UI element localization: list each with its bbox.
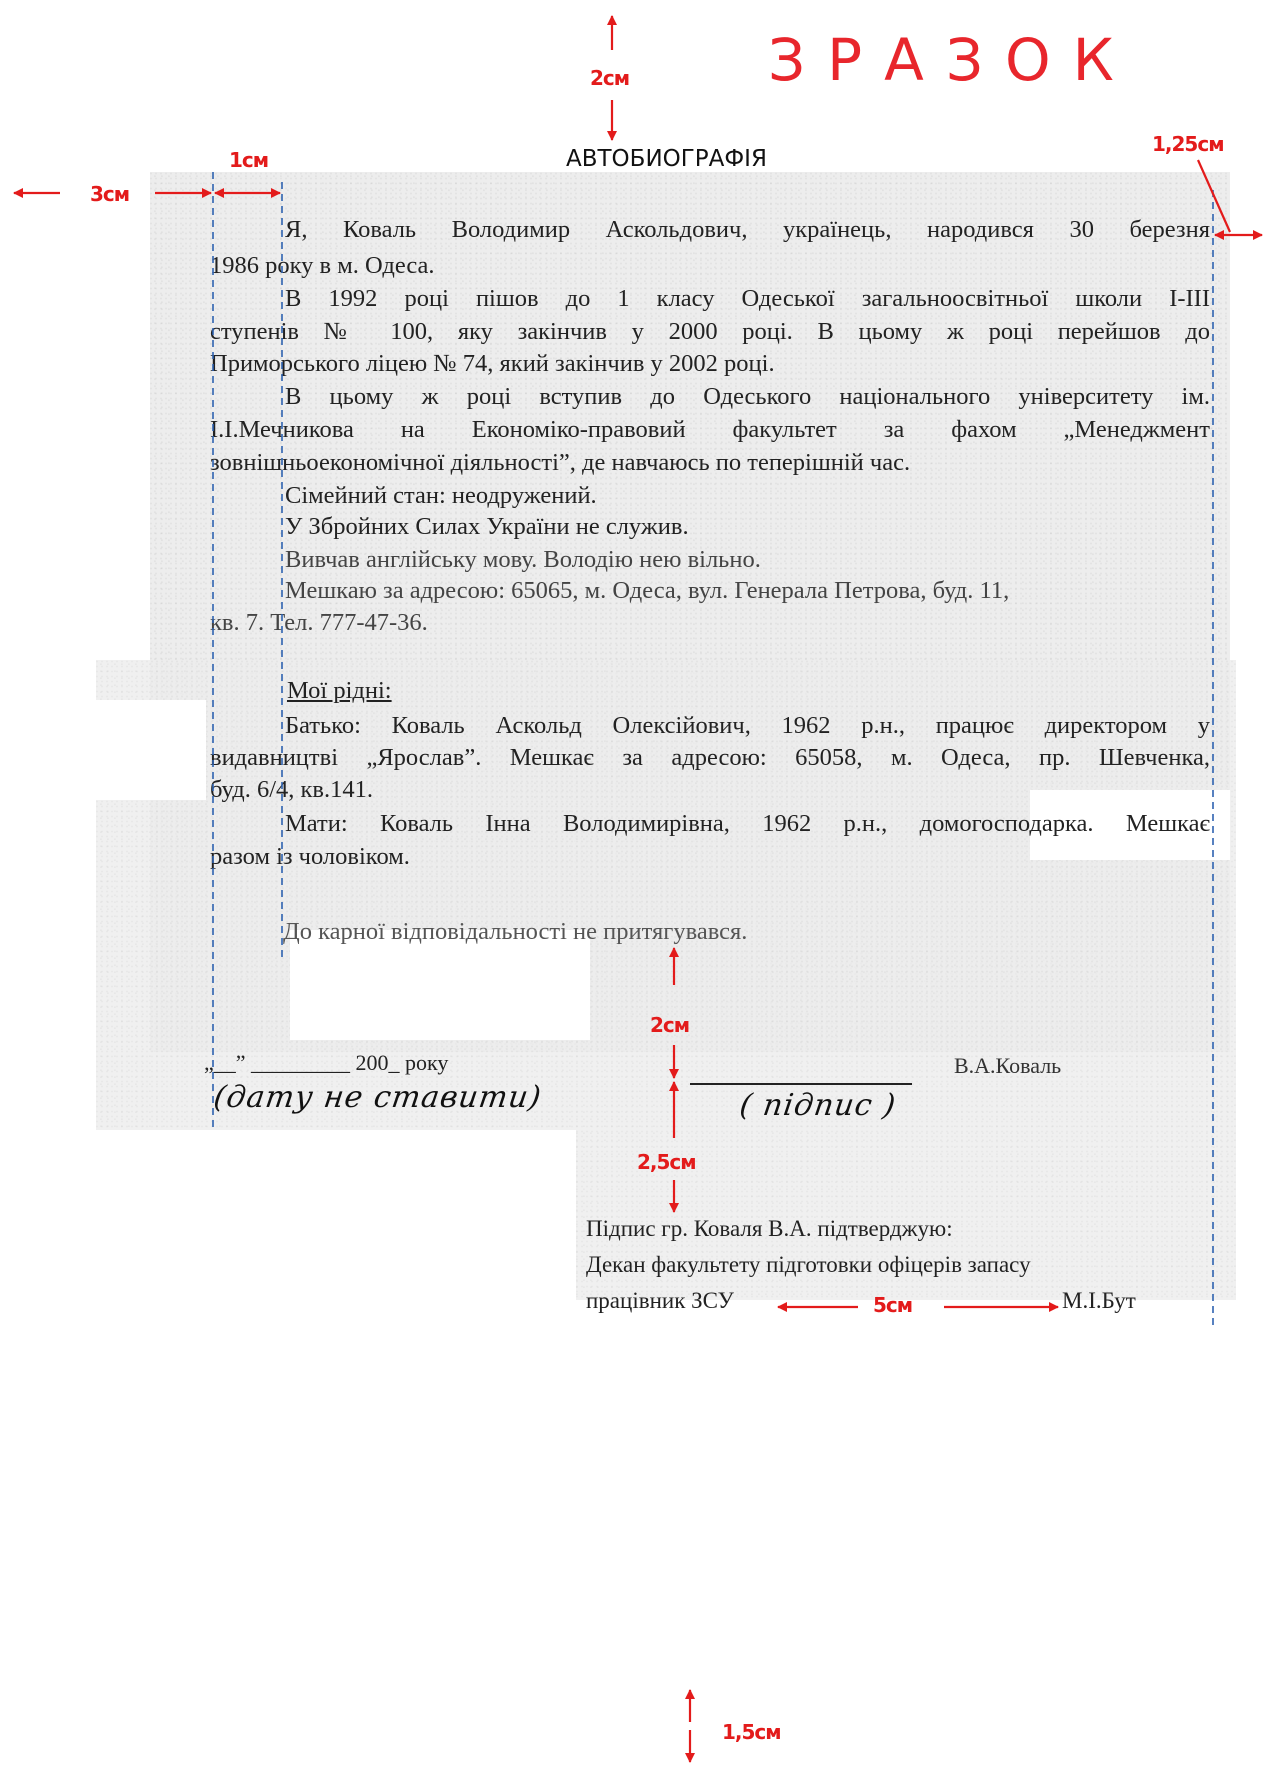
document-page: ЗРАЗОК АВТОБИОГРАФІЯ Я, Коваль Володимир… (0, 0, 1269, 1774)
annotation-overlay (0, 0, 1269, 1774)
